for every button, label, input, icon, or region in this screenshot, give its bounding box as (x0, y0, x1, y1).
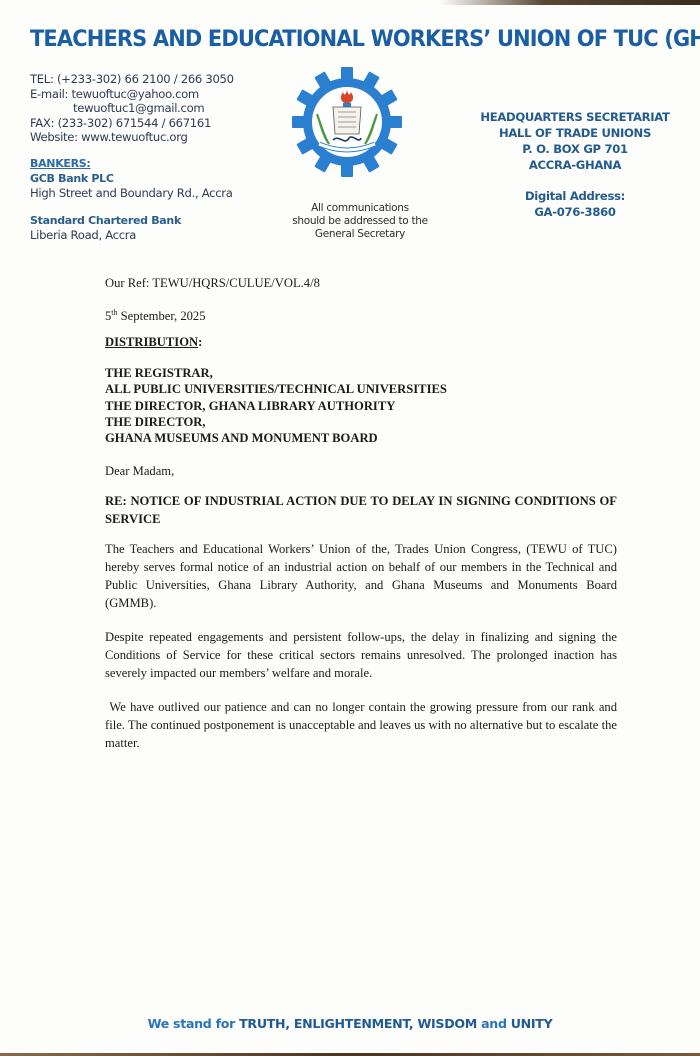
paragraph: Despite repeated engagements and persist… (105, 628, 617, 682)
email-secondary: tewuoftuc1@gmail.com (30, 101, 234, 116)
website: Website: www.tewuoftuc.org (30, 130, 234, 145)
motto-values: TRUTH, ENLIGHTENMENT, WISDOM (239, 1016, 477, 1031)
organization-title: TEACHERS AND EDUCATIONAL WORKERS’ UNION … (30, 26, 653, 52)
bankers-block: BANKERS: GCB Bank PLC High Street and Bo… (30, 156, 233, 243)
bankers-heading: BANKERS: (30, 156, 233, 171)
scan-edge-top (440, 0, 700, 5)
bank-name: GCB Bank PLC (30, 171, 233, 186)
date-rest: September, 2025 (118, 309, 206, 323)
distribution-heading: DISTRIBUTION: (105, 334, 202, 350)
salutation: Dear Madam, (105, 463, 174, 479)
recipient-line: THE REGISTRAR, (105, 365, 447, 381)
paragraph: We have outlived our patience and can no… (105, 698, 617, 752)
hq-line: HALL OF TRADE UNIONS (470, 125, 680, 141)
bank-address: High Street and Boundary Rd., Accra (30, 186, 233, 201)
recipient-line: THE DIRECTOR, GHANA LIBRARY AUTHORITY (105, 398, 447, 414)
recipient-line: ALL PUBLIC UNIVERSITIES/TECHNICAL UNIVER… (105, 381, 447, 397)
distribution-colon: : (198, 335, 202, 349)
hq-line: ACCRA-GHANA (470, 157, 680, 173)
motto-lead: We stand for (148, 1016, 240, 1031)
tewu-gear-torch-emblem-icon (292, 65, 402, 180)
hq-line: HEADQUARTERS SECRETARIAT (470, 109, 680, 125)
reference-number: Our Ref: TEWU/HQRS/CULUE/VOL.4/8 (105, 275, 320, 291)
recipient-line: GHANA MUSEUMS AND MONUMENT BOARD (105, 430, 447, 446)
recipient-line: THE DIRECTOR, (105, 414, 447, 430)
motto-unity: UNITY (511, 1016, 553, 1031)
contact-block: TEL: (+233-302) 66 2100 / 266 3050 E-mai… (30, 72, 234, 145)
hq-line: P. O. BOX GP 701 (470, 141, 680, 157)
telephone: TEL: (+233-302) 66 2100 / 266 3050 (30, 72, 234, 87)
paragraph: The Teachers and Educational Workers’ Un… (105, 540, 617, 612)
headquarters-address: HEADQUARTERS SECRETARIAT HALL OF TRADE U… (470, 109, 680, 220)
distribution-heading-text: DISTRIBUTION (105, 335, 198, 349)
communications-note-line: should be addressed to the (270, 215, 450, 228)
footer-motto: We stand for TRUTH, ENLIGHTENMENT, WISDO… (0, 1016, 700, 1031)
digital-address: GA-076-3860 (470, 204, 680, 220)
communications-note: All communications should be addressed t… (270, 202, 450, 241)
bank-name: Standard Chartered Bank (30, 213, 233, 228)
communications-note-line: General Secretary (270, 228, 450, 241)
bank-address: Liberia Road, Accra (30, 228, 233, 243)
fax: FAX: (233-302) 671544 / 667161 (30, 116, 234, 131)
letter-date: 5th September, 2025 (105, 305, 206, 324)
subject-line: RE: NOTICE OF INDUSTRIAL ACTION DUE TO D… (105, 492, 617, 528)
motto-and: and (477, 1016, 511, 1031)
digital-address-label: Digital Address: (470, 188, 680, 204)
communications-note-line: All communications (270, 202, 450, 215)
email-primary: E-mail: tewuoftuc@yahoo.com (30, 87, 234, 102)
recipients-list: THE REGISTRAR, ALL PUBLIC UNIVERSITIES/T… (105, 365, 447, 446)
